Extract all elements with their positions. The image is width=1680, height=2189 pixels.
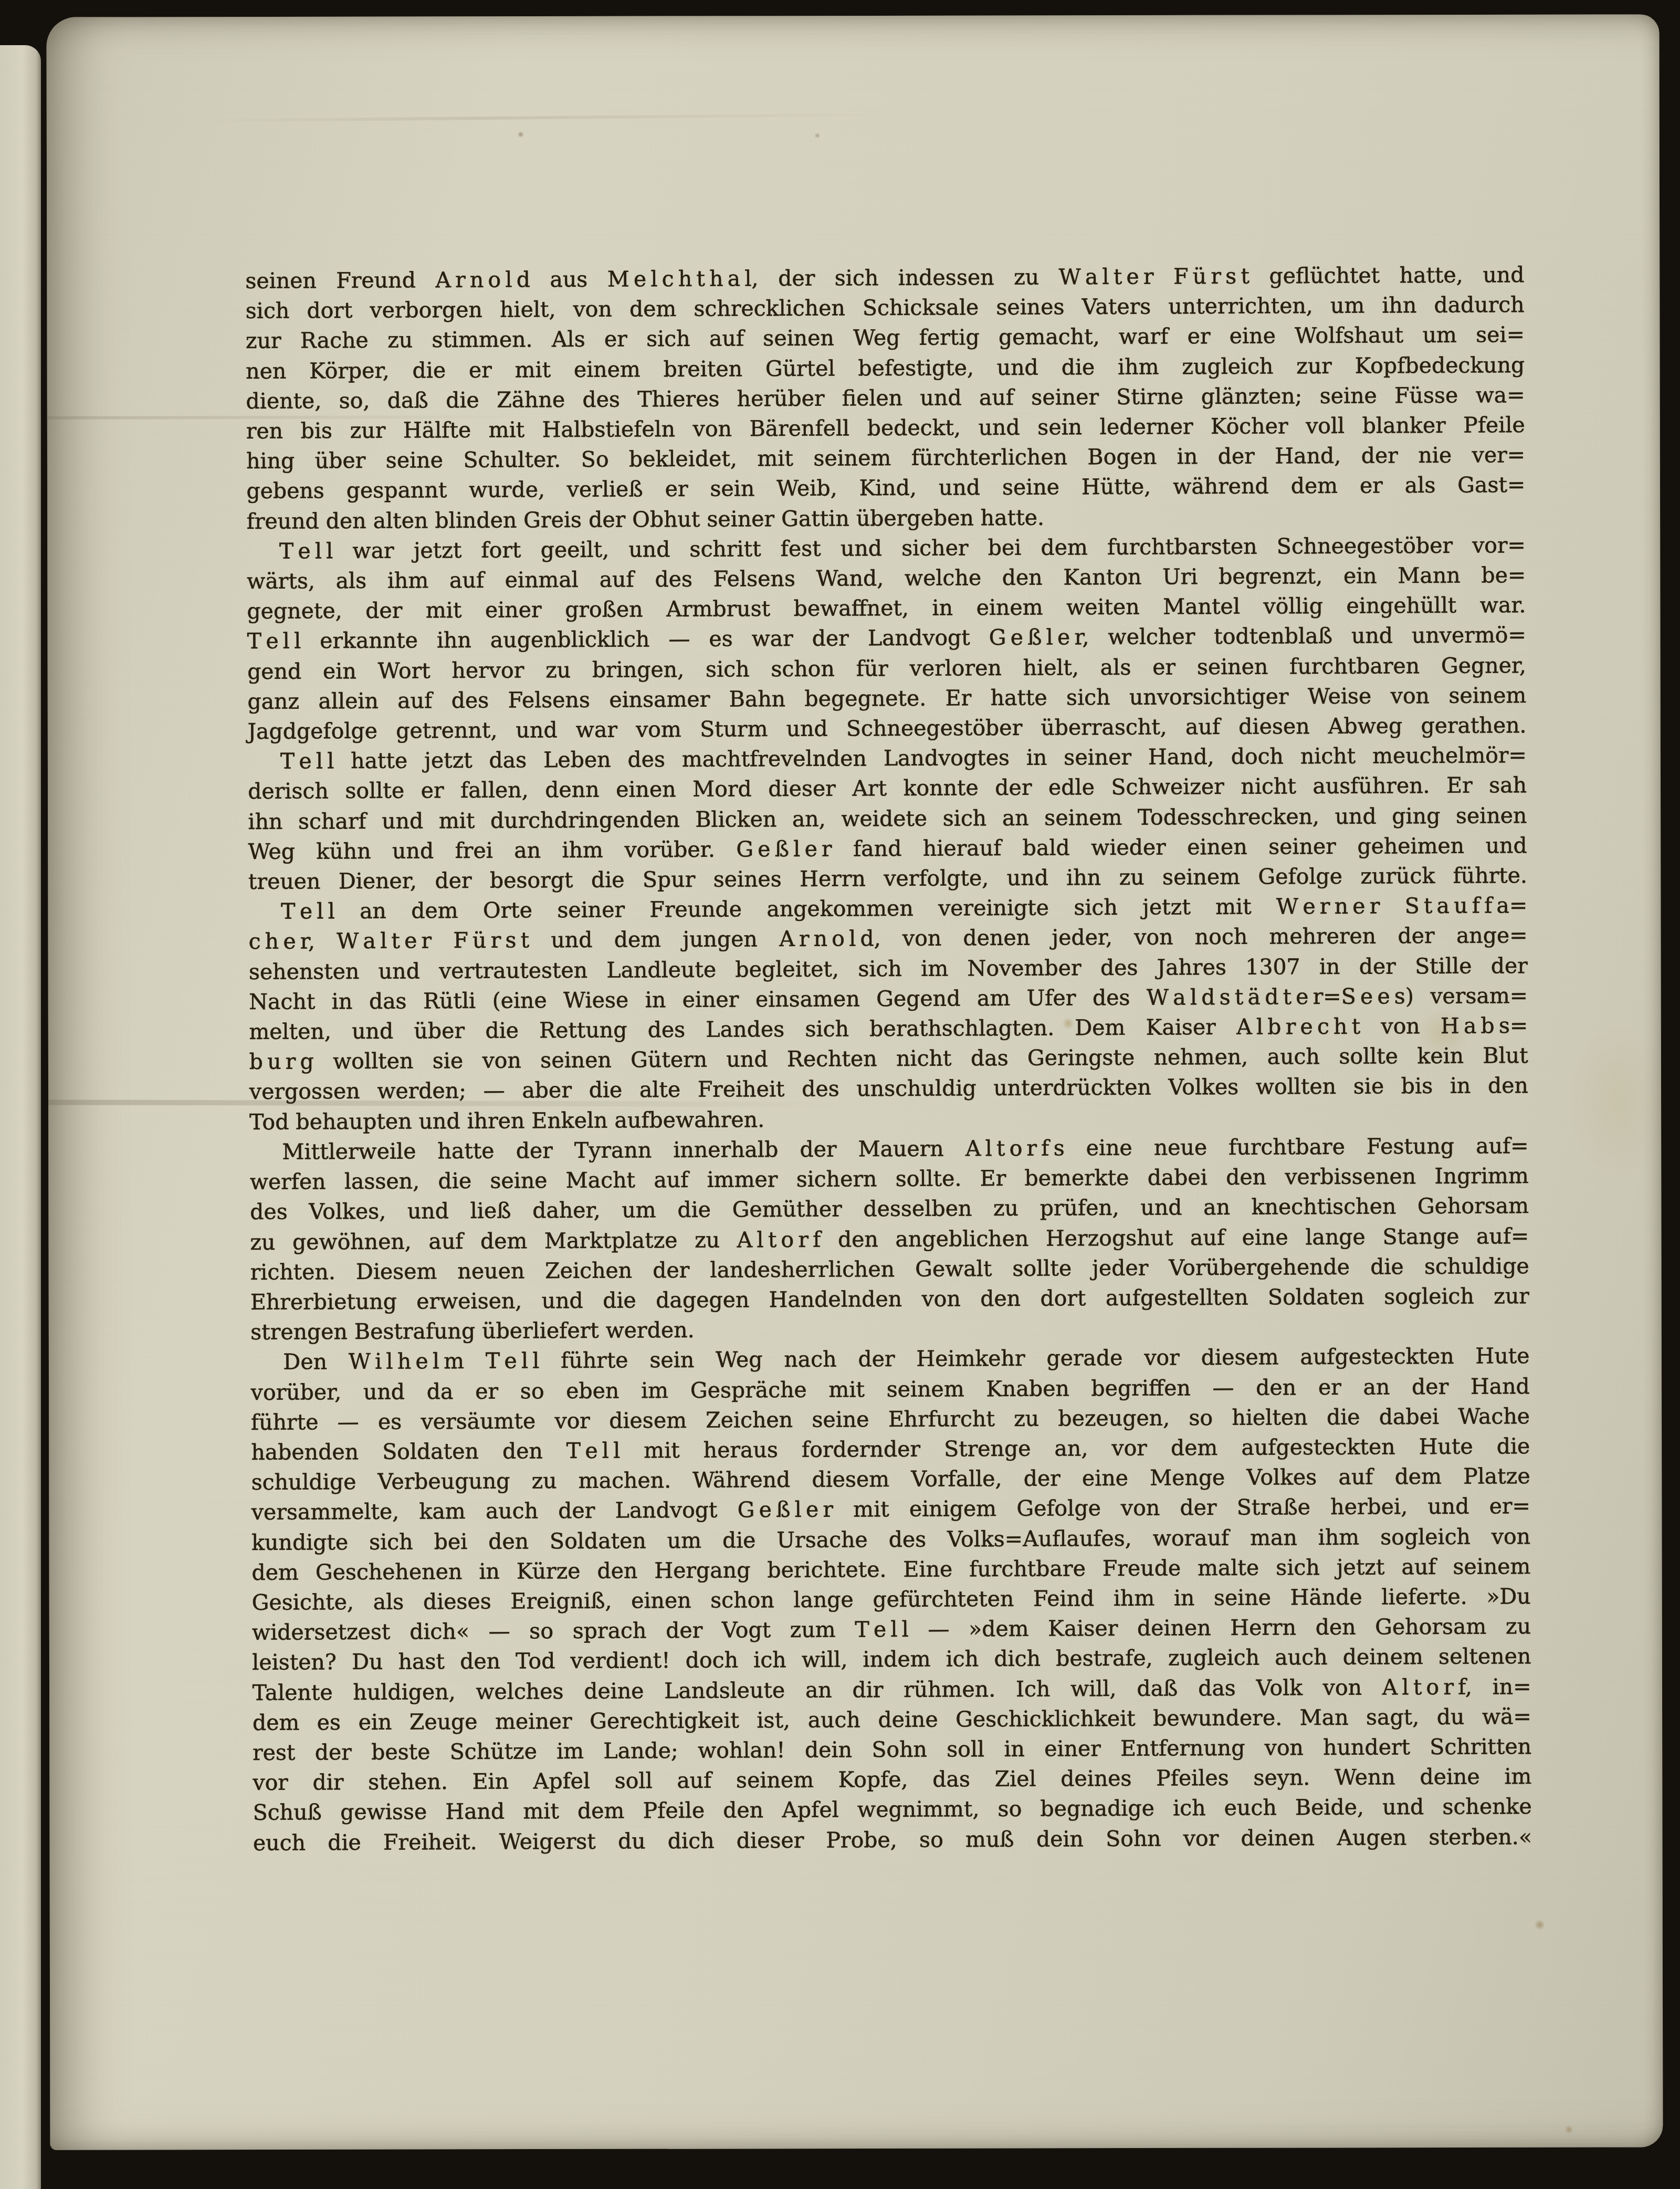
text-line: Ehrerbietung erweisen, und die dagegen H… (250, 1281, 1529, 1317)
paragraph: T e l l war jetzt fort geeilt, und schri… (247, 530, 1527, 747)
text-line: vergossen werden; — aber die alte Freihe… (249, 1071, 1528, 1107)
book-page: seinen Freund A r n o l d aus M e l c h … (46, 14, 1663, 2150)
page-text-block: seinen Freund A r n o l d aus M e l c h … (245, 260, 1532, 1858)
paragraph: T e l l hatte jetzt das Leben des machtf… (248, 740, 1527, 897)
text-line: euch die Freiheit. Weigerst du dich dies… (253, 1822, 1532, 1858)
text-line: gebens gespannt wurde, verließ er sein W… (246, 470, 1525, 507)
paper-crease (204, 113, 887, 122)
paragraph: seinen Freund A r n o l d aus M e l c h … (245, 260, 1525, 537)
scanned-book-spread: { "document": { "kind": "scanned book pa… (0, 0, 1680, 2189)
paragraph: Mittlerweile hatte der Tyrann innerhalb … (249, 1131, 1529, 1347)
paragraph: Den W i l h e l m T e l l führte sein We… (250, 1341, 1532, 1858)
previous-page-edge (0, 45, 41, 2189)
paragraph: T e l l an dem Orte seiner Freunde angek… (248, 891, 1528, 1137)
